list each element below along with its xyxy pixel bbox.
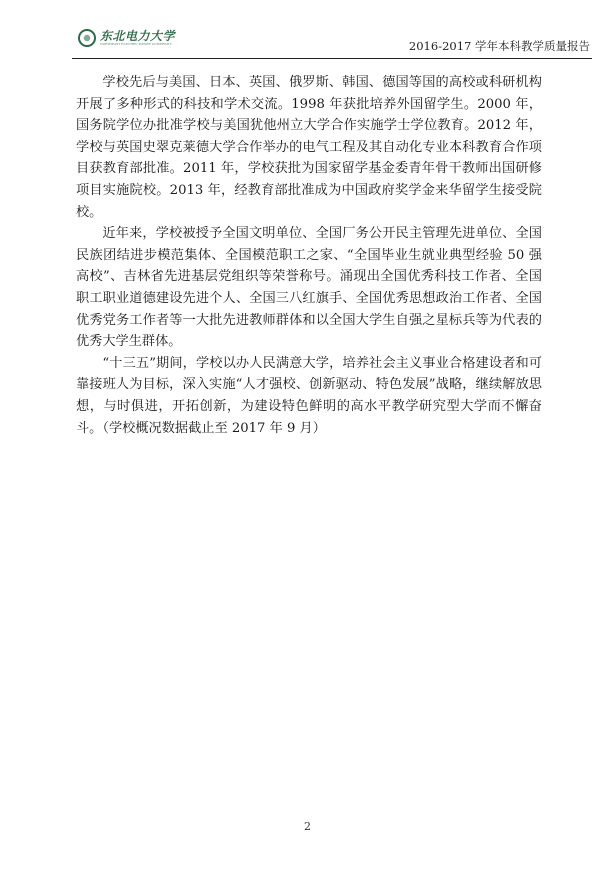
logo-name-cn: 东北电力大学: [100, 30, 175, 42]
paragraph-international-exchange: 学校先后与美国、日本、英国、俄罗斯、韩国、德国等国的高校或科研机构开展了多种形式…: [76, 72, 542, 223]
page-number: 2: [0, 820, 615, 833]
logo-name-en: NORTHEAST ELECTRIC POWER UNIVERSITY: [100, 42, 175, 46]
university-logo: 东北电力大学 NORTHEAST ELECTRIC POWER UNIVERSI…: [78, 29, 175, 47]
paragraph-five-year-plan: “十三五”期间，学校以办人民满意大学，培养社会主义事业合格建设者和可靠接班人为目…: [76, 353, 542, 439]
page-header: 东北电力大学 NORTHEAST ELECTRIC POWER UNIVERSI…: [72, 24, 592, 59]
university-emblem-icon: [78, 29, 96, 47]
body-text: 学校先后与美国、日本、英国、俄罗斯、韩国、德国等国的高校或科研机构开展了多种形式…: [76, 72, 542, 439]
paragraph-honors: 近年来，学校被授予全国文明单位、全国厂务公开民主管理先进单位、全国民族团结进步模…: [76, 223, 542, 353]
logo-text: 东北电力大学 NORTHEAST ELECTRIC POWER UNIVERSI…: [100, 30, 175, 46]
report-title: 2016-2017 学年本科教学质量报告: [409, 38, 590, 54]
